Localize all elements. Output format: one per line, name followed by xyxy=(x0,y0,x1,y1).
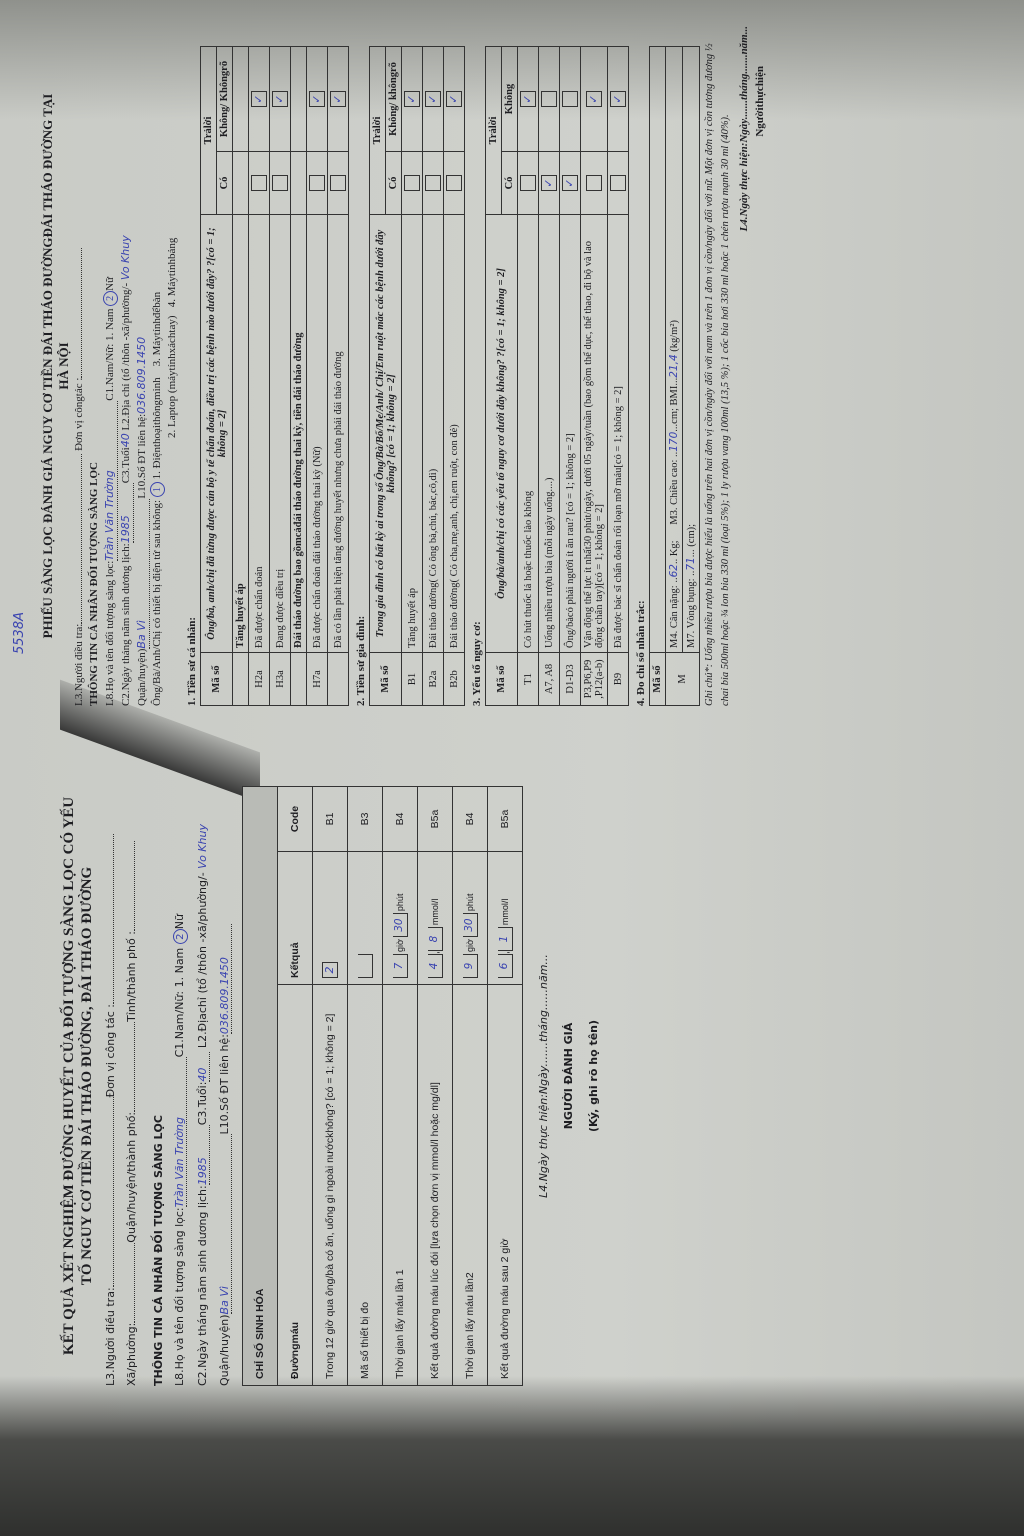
district-field[interactable]: Ba Vì xyxy=(218,1134,232,1314)
answer-no[interactable] xyxy=(560,47,581,152)
row-result: 7giờ30phút xyxy=(383,852,418,985)
blood-glucose-result-form: KẾT QUẢ XÉT NGHIỆM ĐƯỜNG HUYẾT CỦA ĐỐI T… xyxy=(60,766,760,1386)
row-result: 4,8mmol/l xyxy=(418,852,453,985)
answer-no[interactable]: ✓ xyxy=(444,47,465,152)
answer-no[interactable]: ✓ xyxy=(270,47,291,152)
name-row: L8.Họ và tên đối tượng sàng lọc:Trần Văn… xyxy=(173,766,188,1386)
dob-field[interactable]: 1985 xyxy=(196,1125,210,1185)
name-field[interactable]: Trần Văn Trường xyxy=(173,1057,187,1207)
screening-title: PHIẾU SÀNG LỌC ĐÁNH GIÁ NGUY CƠ TIỀN ĐÁI… xyxy=(40,26,72,706)
row-result: 2 xyxy=(313,852,348,985)
district-field[interactable]: Ba Vì xyxy=(134,499,150,649)
signer-label: Ngườithựchiện xyxy=(754,26,766,706)
district-row: Quận/huyện)Ba VìL10.Số ĐT liên hệ:036.80… xyxy=(218,766,232,1386)
history-row: H2aĐã được chẩn đoán✓ xyxy=(249,47,270,706)
answer-yes[interactable]: ✓ xyxy=(560,152,581,215)
row-code: B3 xyxy=(348,787,383,852)
s3-title: 3. Yếu tố nguy cơ: xyxy=(471,26,483,706)
s3-row: A7, A8Uống nhiều rượu bia (mỗi ngày uống… xyxy=(539,47,560,706)
glucose-group: Đườngmáu xyxy=(278,985,313,1386)
personal-info-heading: THÔNG TIN CÁ NHÂN ĐỐI TƯỢNG SÀNG LỌC xyxy=(152,766,165,1386)
glucose-int-field[interactable]: 4 xyxy=(428,954,443,978)
biochem-row: Thời gian lấy máu lần29giờ30phútB4 xyxy=(453,787,488,1386)
answer-yes[interactable] xyxy=(270,152,291,215)
gender-selected[interactable]: 2 xyxy=(103,291,118,306)
group-heading: Đái tháo đường bao gồmcảđái tháo đường t… xyxy=(291,47,307,706)
investigator-row: L3.Người điều tra:Đơn vị công tác : xyxy=(104,766,117,1386)
row-result xyxy=(348,852,383,985)
answer-no[interactable]: ✓ xyxy=(423,47,444,152)
s2-row: B2bĐái tháo đường( Có cha,mẹ,anh, chị,em… xyxy=(444,47,465,706)
row-code: B4 xyxy=(383,787,418,852)
answer-no[interactable]: ✓ xyxy=(307,47,328,152)
answer-yes[interactable] xyxy=(581,152,608,215)
row-code: B5a xyxy=(418,787,453,852)
row-code: B4 xyxy=(453,787,488,852)
age-field[interactable]: 40 xyxy=(196,1052,210,1082)
row-label: Trong 12 giờ qua ông/bà có ăn, uống gì n… xyxy=(313,985,348,1386)
row-label: Thời gian lấy máu lần2 xyxy=(453,985,488,1386)
device-selected[interactable]: 1 xyxy=(150,482,165,497)
history-row: H3aĐang được điều trị✓ xyxy=(270,47,291,706)
row-code: B1 xyxy=(313,787,348,852)
answer-no[interactable]: ✓ xyxy=(608,47,629,152)
weight-height-bmi-row: M4. Cân nặng: ..62.. Kg; M3. Chiều cao: … xyxy=(666,47,683,653)
risk-factor-table: Mã sốÔng/bà/anh/chị có các yếu tố nguy c… xyxy=(485,46,629,706)
name-field[interactable]: Trần Văn Trường xyxy=(102,401,118,561)
answer-yes[interactable] xyxy=(518,152,539,215)
row-label: Mã số thiết bị đo xyxy=(348,985,383,1386)
glucose-dec-field[interactable]: 1 xyxy=(498,927,513,951)
biochem-row: Thời gian lấy máu lần 17giờ30phútB4 xyxy=(383,787,418,1386)
device-row-2: 2. Laptop (máytínhxáchtay) 4. Máytínhbản… xyxy=(165,26,180,706)
hour-field[interactable]: 9 xyxy=(463,954,478,978)
evaluator-heading: NGƯỜI ĐÁNH GIÁ xyxy=(562,766,575,1386)
result-title: KẾT QUẢ XÉT NGHIỆM ĐƯỜNG HUYẾT CỦA ĐỐI T… xyxy=(60,766,96,1386)
s3-row: T1Có hút thuốc lá hoặc thuốc lào không✓ xyxy=(518,47,539,706)
phone-field[interactable]: 036.809.1450 xyxy=(218,924,232,1034)
result-footer: L4.Ngày thực hiện:Ngày.......tháng......… xyxy=(537,766,600,1386)
answer-no[interactable]: ✓ xyxy=(402,47,423,152)
s4-title: 4. Đo chỉ số nhân trắc: xyxy=(635,26,647,706)
answer-yes[interactable] xyxy=(423,152,444,215)
biochem-row: Kết quả đường máu sau 2 giờ6,1mmol/lB5a xyxy=(488,787,523,1386)
address-field[interactable]: Vo Khuy xyxy=(119,235,132,280)
row-label: Kết quả đường máu lúc đói [lựa chọn đơn … xyxy=(418,985,453,1386)
answer-yes[interactable] xyxy=(249,152,270,215)
device-row: Ông/Bà/Anh/Chị có thiết bị điện tử sau k… xyxy=(150,26,165,706)
personal-info-heading: THÔNG TIN CÁ NHÂN ĐỐI TƯỢNG SÀNG LỌC xyxy=(87,26,102,706)
row-result: 6,1mmol/l xyxy=(488,852,523,985)
history-row: H7aĐã được chẩn đoán đái tháo đường thai… xyxy=(307,47,328,706)
age-field[interactable]: 40 xyxy=(119,433,132,447)
row-label: Kết quả đường máu sau 2 giờ xyxy=(488,985,523,1386)
anthropometry-table: Mã số M M4. Cân nặng: ..62.. Kg; M3. Chi… xyxy=(649,46,700,706)
location-row: Xã/phường:Quận/huyện/thành phố:Tỉnh/thàn… xyxy=(125,766,138,1386)
minute-field[interactable]: 30 xyxy=(463,913,478,937)
row-label: Thời gian lấy máu lần 1 xyxy=(383,985,418,1386)
biochem-row: Mã số thiết bị đoB3 xyxy=(348,787,383,1386)
answer-no[interactable]: ✓ xyxy=(581,47,608,152)
history-row: Đã có lần phát hiện tăng đường huyết như… xyxy=(328,47,349,706)
s2-row: B1Tăng huyết áp✓ xyxy=(402,47,423,706)
district-row: Quận/huyện)Ba VìL10.Số ĐT liên hệ:036.80… xyxy=(134,26,150,706)
biochem-row: Kết quả đường máu lúc đói [lựa chọn đơn … xyxy=(418,787,453,1386)
answer-yes[interactable] xyxy=(307,152,328,215)
group-heading: Tăng huyết áp xyxy=(233,47,249,706)
s2-row: B2aĐái tháo đường( Có ông bà,chú, bác,cô… xyxy=(423,47,444,706)
glucose-dec-field[interactable]: 8 xyxy=(428,927,443,951)
s3-row: B9Đã được bác sĩ chẩn đoán rối loạn mỡ m… xyxy=(608,47,629,706)
phone-field[interactable]: 036.809.1450 xyxy=(135,337,148,414)
sign-hint: (Ký, ghi rõ họ tên) xyxy=(587,766,600,1386)
waist-field[interactable]: 71 xyxy=(685,557,697,570)
waist-row: M7. Vòng bụng: ..71... (cm); xyxy=(683,47,700,653)
answer-no[interactable]: ✓ xyxy=(328,47,349,152)
answer-box[interactable]: 2 xyxy=(322,962,338,978)
alcohol-note: Ghi chú*: Uống nhiều rượu bia được hiểu … xyxy=(702,26,734,706)
answer-no[interactable] xyxy=(539,47,560,152)
hand-shadow xyxy=(0,1376,1024,1536)
device-code-field[interactable] xyxy=(358,954,373,978)
answer-yes[interactable] xyxy=(608,152,629,215)
minute-field[interactable]: 30 xyxy=(393,913,408,937)
name-row: L8.Họ và tên đối tượng sàng lọc:Trần Văn… xyxy=(102,26,118,706)
s3-row: P3,P6,P9 ,P12(a-b)Vận động thể lực ít nh… xyxy=(581,47,608,706)
dob-row: C2.Ngày tháng năm sinh dương lịch:1985C3… xyxy=(118,26,134,706)
biochem-heading: CHỈ SỐ SINH HÓA xyxy=(243,787,278,1386)
weight-field[interactable]: 62 xyxy=(668,564,680,577)
dob-field[interactable]: 1985 xyxy=(118,483,134,543)
personal-history-table: Mã sốÔng/bà, anh/chị đã từng được cán bộ… xyxy=(200,46,349,706)
glucose-int-field[interactable]: 6 xyxy=(498,954,513,978)
photo-stage: KẾT QUẢ XÉT NGHIỆM ĐƯỜNG HUYẾT CỦA ĐỐI T… xyxy=(0,0,1024,1536)
dob-row: C2.Ngày tháng năm sinh dương lịch:1985C3… xyxy=(196,766,210,1386)
biochem-table: CHỈ SỐ SINH HÓA ĐườngmáuKếtquảCode Trong… xyxy=(242,786,523,1386)
row-result: 9giờ30phút xyxy=(453,852,488,985)
diabetes-screening-form: PHIẾU SÀNG LỌC ĐÁNH GIÁ NGUY CƠ TIỀN ĐÁI… xyxy=(40,26,940,706)
bmi-field[interactable]: 21,4 xyxy=(668,354,680,377)
answer-yes[interactable] xyxy=(444,152,465,215)
execution-date: L4.Ngày thực hiện:Ngày.......tháng......… xyxy=(738,26,750,706)
investigator-row: L3.Người điều tra: Đơn vị côngtác : xyxy=(72,26,87,706)
answer-no[interactable]: ✓ xyxy=(249,47,270,152)
hour-field[interactable]: 7 xyxy=(393,954,408,978)
execution-date: L4.Ngày thực hiện:Ngày.......tháng......… xyxy=(537,766,550,1386)
height-field[interactable]: 170 xyxy=(668,432,680,452)
address-field[interactable]: Vo Khuy xyxy=(196,824,209,869)
s3-row: D1-D3Ông/bàcó phải người ít ăn rau? [có … xyxy=(560,47,581,706)
s2-title: 2. Tiền sử gia đình: xyxy=(355,26,367,706)
gender-selected[interactable]: 2 xyxy=(173,929,188,944)
answer-no[interactable]: ✓ xyxy=(518,47,539,152)
family-history-table: Mã sốTrong gia đình có bất kỳ ai trong s… xyxy=(369,46,465,706)
answer-yes[interactable]: ✓ xyxy=(539,152,560,215)
corner-handwritten-code: 5538A xyxy=(12,612,27,654)
row-code: B5a xyxy=(488,787,523,852)
s1-title: 1. Tiền sử cá nhân: xyxy=(186,26,198,706)
answer-yes[interactable] xyxy=(402,152,423,215)
answer-yes[interactable] xyxy=(328,152,349,215)
biochem-row: Trong 12 giờ qua ông/bà có ăn, uống gì n… xyxy=(313,787,348,1386)
